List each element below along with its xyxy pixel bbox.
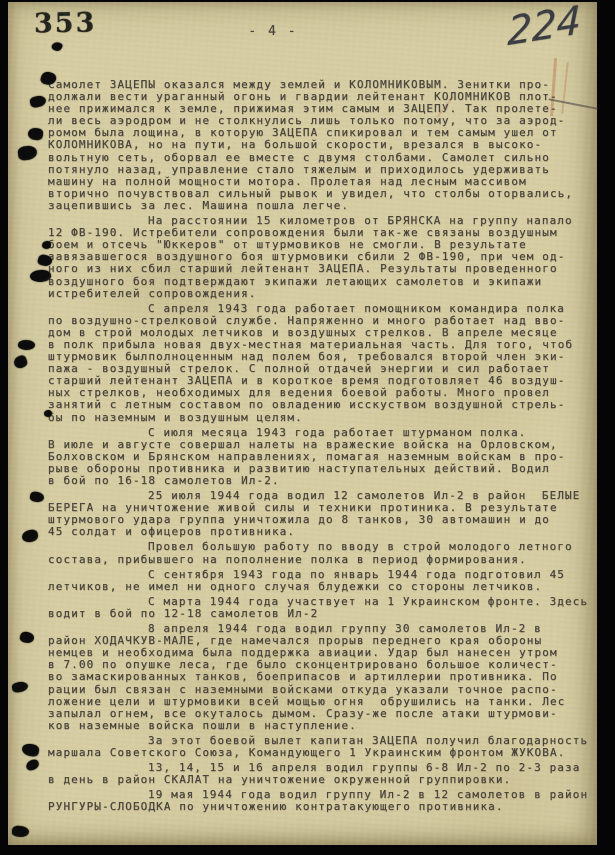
text-line: летчиков, не имел ни одного случая блуде… [48, 581, 593, 593]
text-line: воздушного боя подтверждают экипажи лета… [48, 276, 593, 288]
text-line: водит в бой по 12-18 самолетов Ил-2 [48, 608, 593, 620]
text-line: С июля месяца 1943 года работает штурман… [48, 427, 593, 439]
text-line: в бой по 16-18 самолетов Ил-2. [48, 475, 593, 487]
text-line: вольтную сеть, оборвал ее вместе с двумя… [48, 152, 593, 164]
page-stamp-number: 353 [34, 7, 97, 39]
text-line: РУНГУРЫ-СЛОБОДКА по уничтожению контрата… [48, 801, 593, 813]
handwritten-archive-number: 224 [507, 0, 581, 55]
document-body-text: Самолет ЗАЦЕПЫ оказался между землей и К… [48, 79, 593, 813]
text-line: рации был связан с наземными войсками от… [48, 684, 593, 696]
document-page: 353 - 4 - 224 Самолет ЗАЦЕПЫ оказался ме… [8, 2, 597, 845]
text-line: ного из них сбил старший лейтенант ЗАЦЕП… [48, 263, 593, 275]
text-line: потянуло назад, управление стало тяжелым… [48, 164, 593, 176]
text-line: состава, прибывшего на пополнение полка … [48, 554, 593, 566]
text-line: 45 солдат и офицеров противника. [48, 526, 593, 538]
ink-blot [44, 410, 52, 417]
text-line: КОЛОМНИКОВА, но на пути, на большой скор… [48, 139, 593, 151]
text-line: зацепившись за лес. Машина пошла легче. [48, 200, 593, 212]
text-line: маршала Советского Союза, Командующего 1… [48, 747, 593, 759]
ink-blot [42, 241, 51, 249]
text-line: Провел большую работу по вводу в строй м… [48, 541, 593, 553]
page-header-number: - 4 - [208, 24, 338, 39]
text-line: В июле и августе совершал налеты на враж… [48, 439, 593, 451]
text-line: запылал огнем, все окуталось дымом. Сраз… [48, 708, 593, 720]
text-line: во замаскированных танков, боеприпасов и… [48, 671, 593, 683]
text-line: истребителей сопровождения. [48, 288, 593, 300]
text-line: бы по наземным и воздушным целям. [48, 412, 593, 424]
text-line: ложение цели и штурмовики всей мощью огн… [48, 696, 593, 708]
text-line: С сентября 1943 года по январь 1944 года… [48, 569, 593, 581]
text-line: занятий с летным составом по овладению и… [48, 399, 593, 411]
text-line: С апреля 1943 года работает помощником к… [48, 303, 593, 315]
text-line: в день в район СКАЛАТ на уничтожение окр… [48, 774, 593, 786]
text-line: ков наземные войска пошли в наступление. [48, 720, 593, 732]
